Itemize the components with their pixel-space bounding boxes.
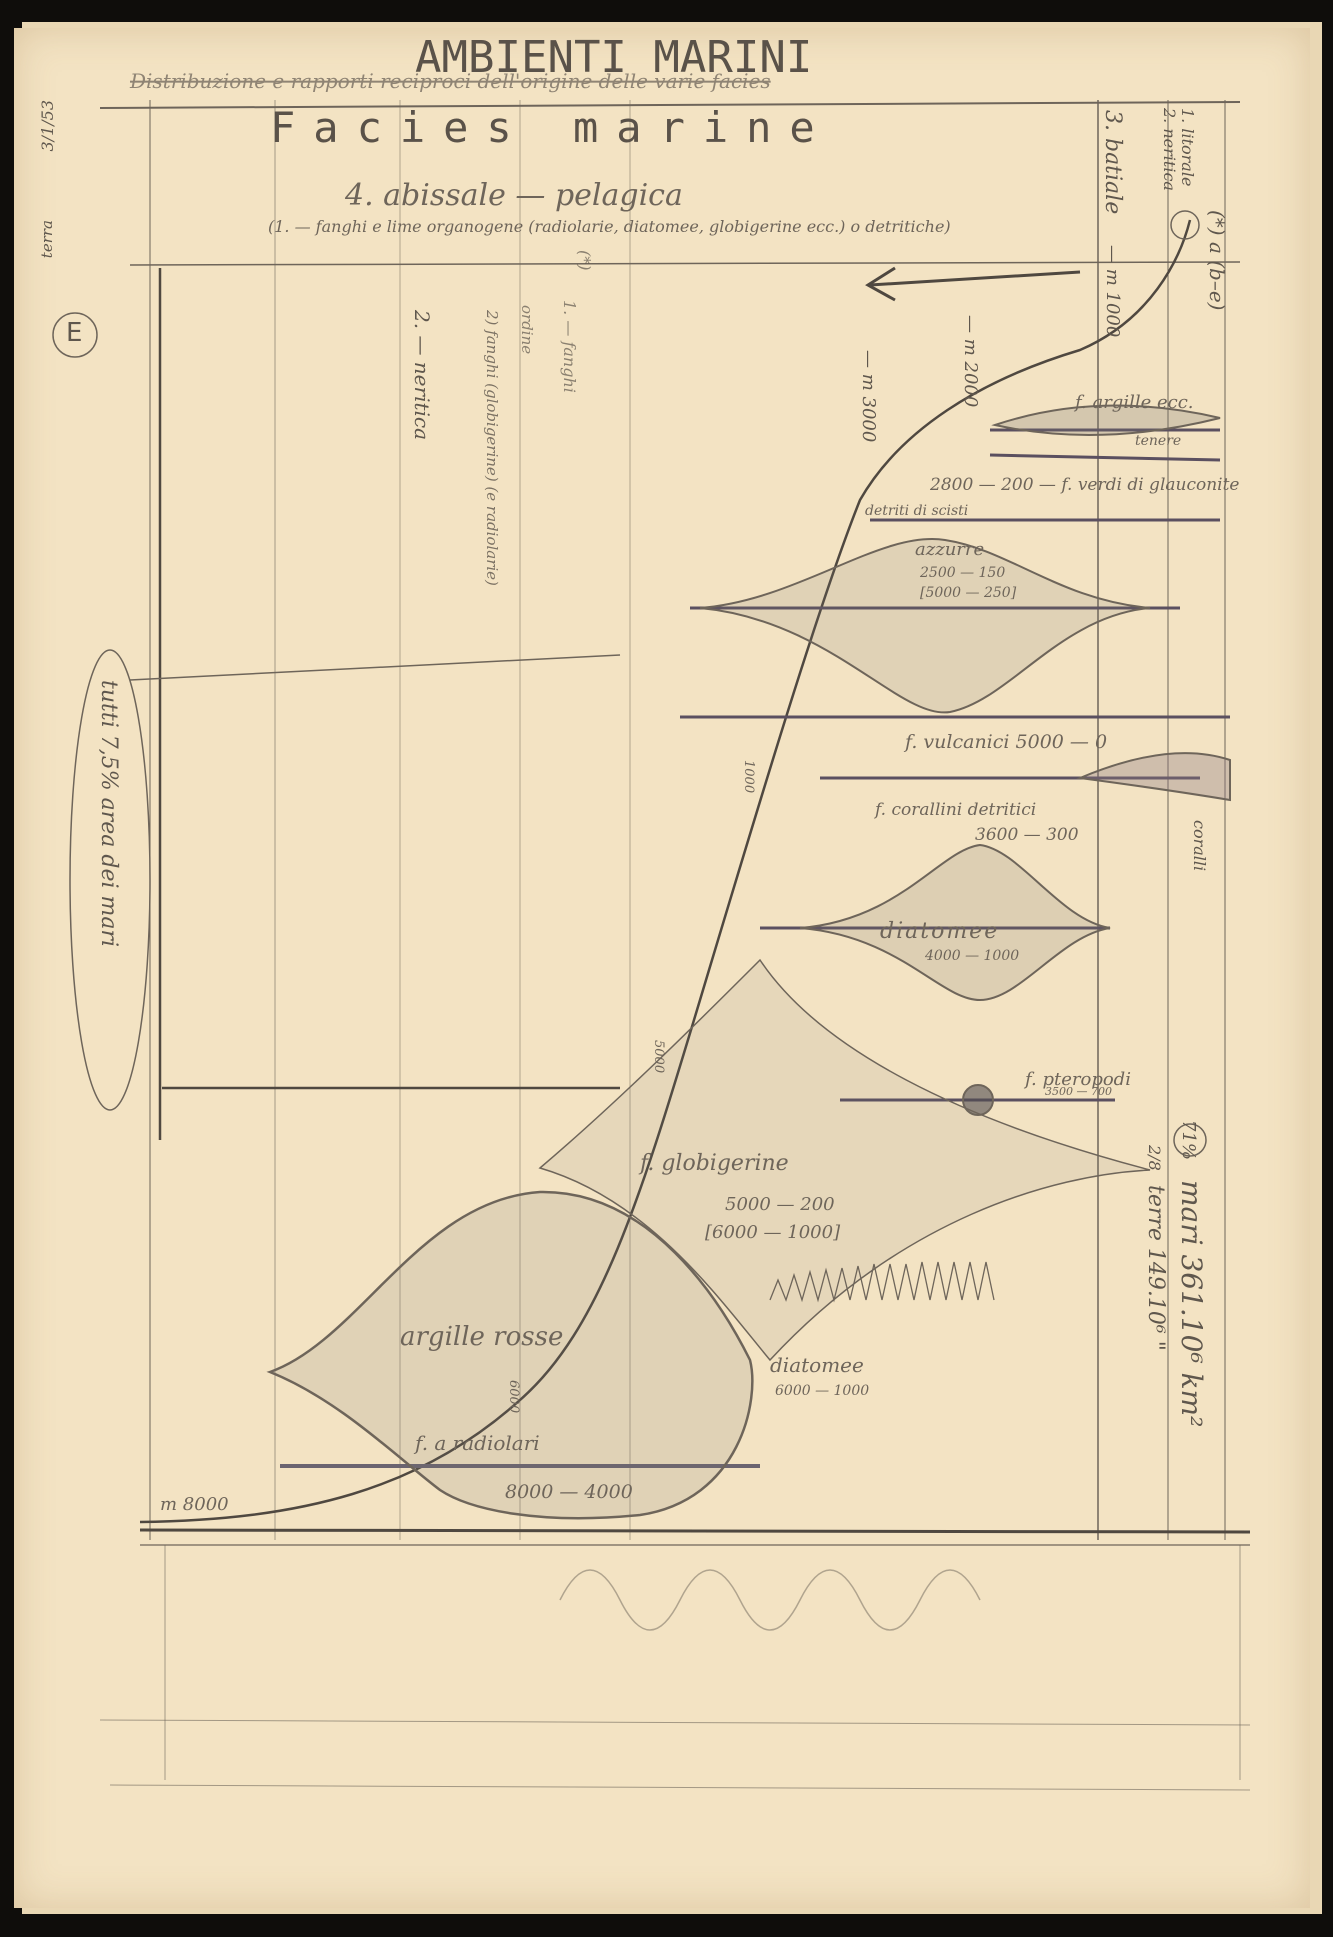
facies-range-azzurre-2: [5000 — 250] bbox=[920, 585, 1017, 601]
depth-label-3000: — m 3000 bbox=[858, 350, 879, 442]
facies-range-globigerine-1: 5000 — 200 bbox=[725, 1194, 835, 1215]
facies-label-argille-rosse: argille rosse bbox=[400, 1322, 563, 1352]
zone-marker: (*) a (b–e) bbox=[1205, 210, 1229, 311]
stat-prefix: 2/8 bbox=[1145, 1145, 1164, 1171]
facies-label-diatomee: diatomee bbox=[880, 919, 999, 944]
stat-mari: mari 361.10⁶ km² bbox=[1175, 1180, 1208, 1427]
page-subtitle: Facies marine bbox=[270, 103, 833, 152]
margin-word: terra bbox=[38, 220, 56, 258]
date-note: 3/1/53 bbox=[38, 100, 57, 152]
facies-label-diatomee-bassa: diatomee bbox=[770, 1353, 864, 1377]
stat-circled: 71% bbox=[1178, 1120, 1199, 1160]
facies-sub-tenere: tenere bbox=[1135, 433, 1181, 449]
facies-label-argille: f. argille ecc. bbox=[1073, 392, 1194, 413]
oval-note: tutti 7,5% area dei mari bbox=[96, 680, 121, 947]
section-4-heading: 4. abissale — pelagica bbox=[344, 178, 683, 213]
facies-label-vulcanici: f. vulcanici 5000 — 0 bbox=[903, 731, 1107, 753]
section-4-note: (1. — fanghi e lime organogene (radiolar… bbox=[268, 217, 951, 236]
facies-range-radiolari: 8000 — 4000 bbox=[505, 1481, 633, 1503]
facies-label-glauconite: 2800 — 200 — f. verdi di glauconite bbox=[929, 475, 1240, 495]
left-block-marker: (*) bbox=[575, 250, 594, 270]
facies-range-azzurre-1: 2500 — 150 bbox=[919, 565, 1005, 581]
facies-label-globigerine: f. globigerine bbox=[638, 1151, 789, 1176]
depth-label-2000: — m 2000 bbox=[960, 315, 981, 407]
circled-letter: E bbox=[66, 318, 82, 348]
facies-range-diatomee-bassa: 6000 — 1000 bbox=[775, 1383, 869, 1399]
facies-range-diatomee: 4000 — 1000 bbox=[924, 948, 1019, 964]
column-batiale: 3. batiale bbox=[1100, 110, 1125, 214]
depth-mark-8000: m 8000 bbox=[160, 1494, 229, 1515]
depth-label-1000: — m 1000 bbox=[1102, 245, 1123, 337]
struck-heading: Distribuzione e rapporti reciproci dell'… bbox=[129, 69, 771, 93]
facies-range-pteropodi: 3500 — 700 bbox=[1045, 1085, 1112, 1098]
left-block-item2: 2) fanghi (globigerine) (e radiolarie) bbox=[483, 310, 501, 586]
column-litorale: 1. litorale bbox=[1178, 108, 1197, 186]
depth-mark-5000: 5000 bbox=[651, 1040, 666, 1073]
diagram-drawing: AMBIENTI MARINI Distribuzione e rapporti… bbox=[0, 0, 1333, 1937]
facies-label-detriti: detriti di scisti bbox=[865, 503, 968, 519]
left-block-ordine: ordine bbox=[518, 305, 536, 354]
depth-mark-1000: 1000 bbox=[741, 760, 756, 793]
left-block-neritica: 2. — neritica bbox=[410, 310, 434, 440]
facies-label-azzurre: azzurre bbox=[915, 539, 984, 560]
left-block-item1: 1. — fanghi bbox=[560, 300, 579, 393]
stat-terre: terre 149.10⁶ " bbox=[1143, 1185, 1168, 1351]
side-label-coralli: coralli bbox=[1190, 820, 1209, 871]
facies-range-globigerine-2: [6000 — 1000] bbox=[705, 1222, 841, 1243]
facies-label-corallini: f. corallini detritici bbox=[873, 800, 1036, 820]
facies-range-corallini: 3600 — 300 bbox=[975, 825, 1079, 845]
depth-mark-6000: 6000 bbox=[506, 1380, 521, 1413]
column-neritica: 2. neritica bbox=[1160, 108, 1179, 191]
facies-label-radiolari: f. a radiolari bbox=[413, 1431, 540, 1455]
